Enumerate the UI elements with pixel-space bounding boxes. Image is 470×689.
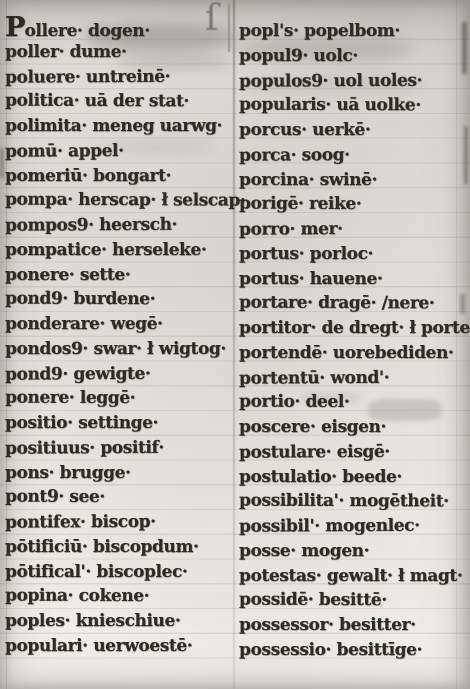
glossary-entry: possessor· besitter· xyxy=(239,613,470,638)
glossary-entry: pomeriū· bongart· xyxy=(5,164,234,189)
manuscript-page: ſ Pollere· dogen·poller· dume·poluere· u… xyxy=(0,0,470,689)
glossary-entry: populari· uerwoestē· xyxy=(5,634,234,659)
glossary-entry: possessio· besittīge· xyxy=(239,638,470,663)
glossary-entry: porcina· swinē· xyxy=(239,168,470,193)
glossary-entry: pont9· see· xyxy=(5,485,234,511)
glossary-entry: polimita· meneg uarwg· xyxy=(5,114,234,139)
glossary-entry: popl's· popelbom· xyxy=(239,19,470,44)
glossary-entry: potestas· gewalt· ł magt· xyxy=(239,564,470,589)
glossary-entry: postulare· eisgē· xyxy=(239,439,470,465)
glossary-entry: Pollere· dogen· xyxy=(5,15,234,40)
glossary-entry: possibil'· mogenlec· xyxy=(239,513,470,539)
glossary-entry: portare· dragē· /nere· xyxy=(239,291,470,317)
glossary-entry: poples· knieschiue· xyxy=(5,609,234,634)
glossary-entry: pontifex· biscop· xyxy=(5,509,234,535)
glossary-entry: porigē· reike· xyxy=(239,192,470,218)
glossary-entry: populos9· uol uoles· xyxy=(239,68,470,94)
glossary-entry: pōtifical'· biscoplec· xyxy=(5,560,234,585)
glossary-entry: porca· soog· xyxy=(239,142,470,168)
glossary-entry: pomū· appel· xyxy=(5,138,234,164)
glossary-entry: possibilita'· mogētheit· xyxy=(239,489,470,515)
glossary-entry: posse· mogen· xyxy=(239,539,470,564)
glossary-entry: ponere· leggē· xyxy=(5,386,234,412)
edge-streak xyxy=(0,148,4,178)
glossary-entry: popul9· uolc· xyxy=(239,44,470,69)
glossary-entry: pondos9· swar· ł wigtog· xyxy=(5,337,234,362)
glossary-entry: porcus· uerkē· xyxy=(239,118,470,143)
glossary-entry: popularis· uā uolke· xyxy=(239,93,470,119)
glossary-entry: poscere· eisgen· xyxy=(239,415,470,440)
glossary-entry: pompa· herscap· ł selscap· xyxy=(5,188,234,214)
glossary-entry: ponere· sette· xyxy=(5,263,234,288)
glossary-entry: pōtificiū· biscopdum· xyxy=(5,535,234,560)
glossary-entry: poller· dume· xyxy=(5,40,234,65)
glossary-entry: pond9· burdene· xyxy=(5,287,234,313)
glossary-entry: pons· brugge· xyxy=(5,461,234,486)
glossary-entry: pompos9· heersch· xyxy=(5,212,234,238)
glossary-entry: positio· settinge· xyxy=(5,411,234,436)
glossary-column-left: Pollere· dogen·poller· dume·poluere· unt… xyxy=(5,15,234,659)
glossary-entry: porro· mer· xyxy=(239,216,470,242)
glossary-entry: pond9· gewigte· xyxy=(5,361,234,387)
glossary-entry: positiuus· positif· xyxy=(5,435,234,461)
glossary-entry: portio· deel· xyxy=(239,390,470,416)
glossary-column-right: popl's· popelbom·popul9· uolc·populos9· … xyxy=(239,19,470,663)
glossary-entry: portendē· uorebediden· xyxy=(239,341,470,366)
glossary-entry: possidē· besittē· xyxy=(239,588,470,614)
glossary-entry: ponderare· wegē· xyxy=(5,312,234,337)
glossary-entry: popina· cokene· xyxy=(5,584,234,610)
glossary-entry: portus· hauene· xyxy=(239,267,470,292)
glossary-entry: politica· uā der stat· xyxy=(5,89,234,115)
glossary-entry: pompatice· herseleke· xyxy=(5,238,234,263)
glossary-entry: portus· porloc· xyxy=(239,242,470,267)
glossary-entry: postulatio· beede· xyxy=(239,465,470,490)
glossary-entry: poluere· untreinē· xyxy=(5,64,234,90)
glossary-entry: portitor· de dregt· ł porte· xyxy=(239,316,470,341)
glossary-entry: portentū· wond'· xyxy=(239,365,470,391)
